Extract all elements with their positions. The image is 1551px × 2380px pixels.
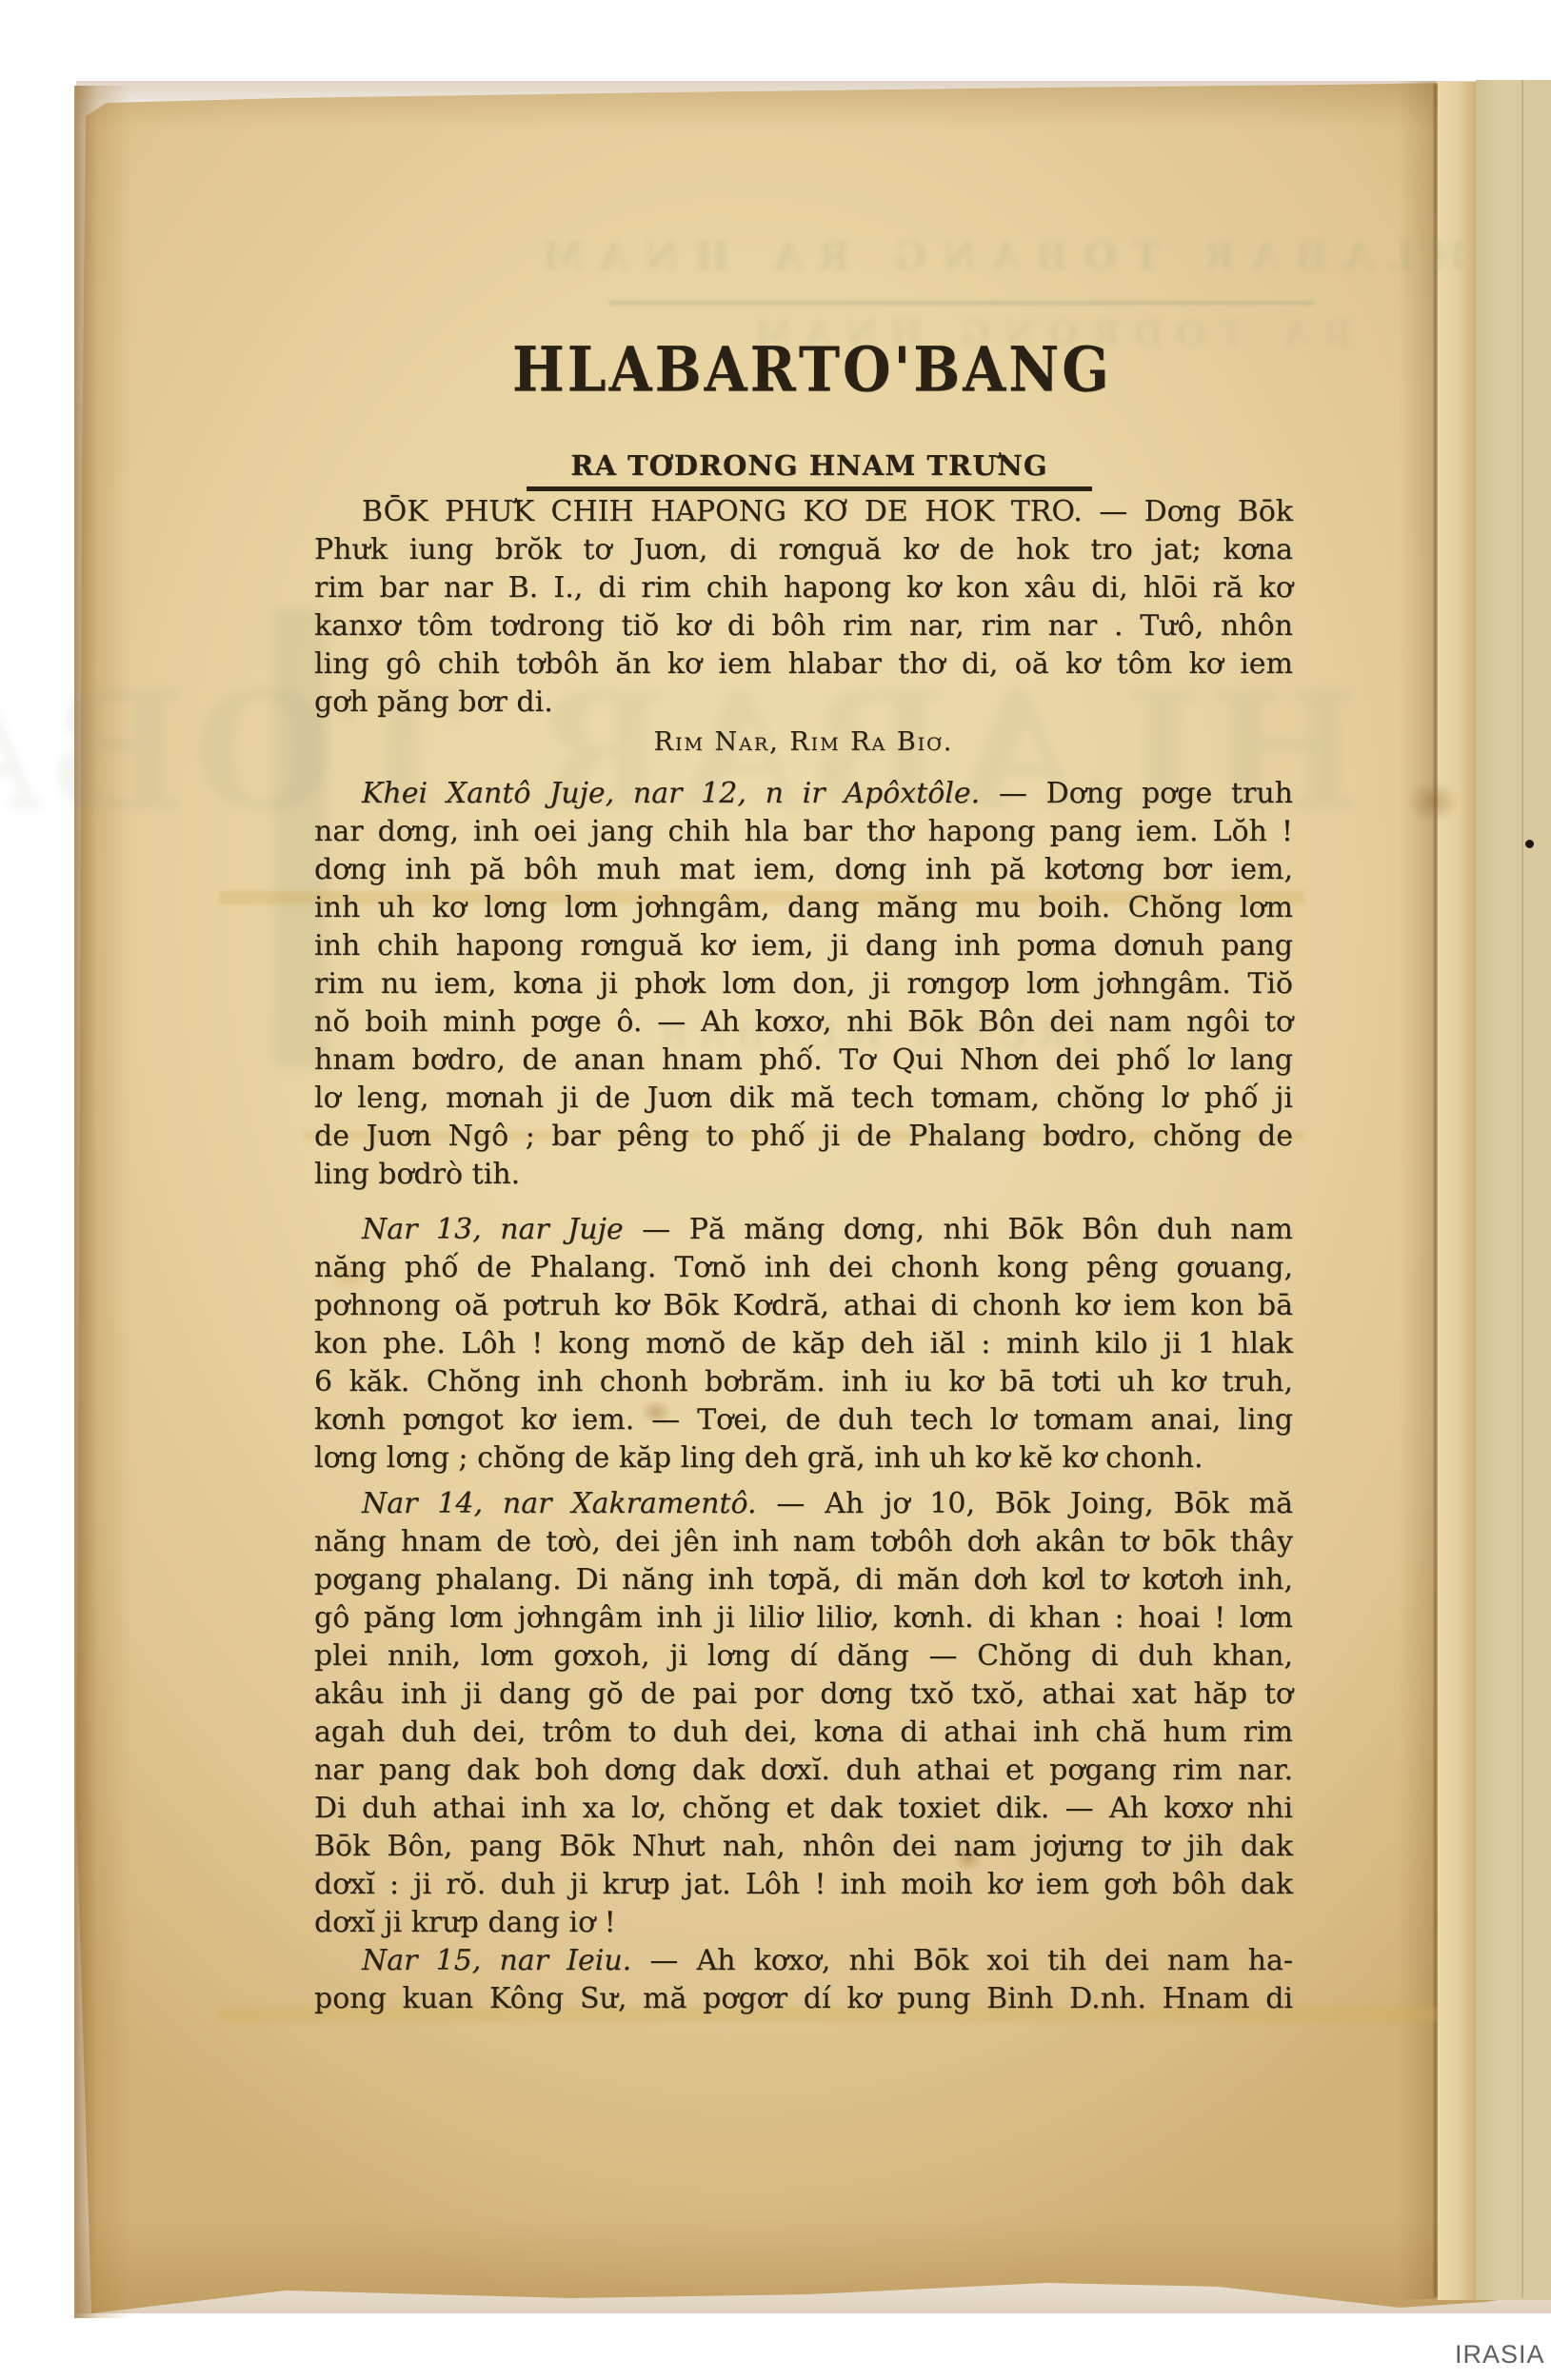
adjacent-page-edge-line [1521, 80, 1523, 2298]
text-line: lơng lơng ; chŏng de kăp ling deh gră, i… [314, 1439, 1293, 1478]
text-line: kon phe. Lôh ! kong mơnŏ de kăp deh iăl … [314, 1325, 1293, 1363]
text-line: agah duh dei, trôm to duh dei, kơna di a… [314, 1714, 1293, 1752]
page-title-word-2: TO'BANG [799, 333, 1112, 406]
text-line: Di duh athai inh xa lơ, chŏng et dak tox… [314, 1790, 1293, 1828]
text-line: gô păng lơm jơhngâm inh ji liliơ liliơ, … [314, 1599, 1293, 1637]
fold-crease-shadow [1398, 81, 1436, 2299]
text-line: nar pang dak boh dơng dak dơxĭ. duh atha… [314, 1752, 1293, 1790]
paragraph-4: Nar 14, nar Xakramentô. — Ah jơ 10, Bōk … [314, 1485, 1293, 1942]
paragraph-2: Khei Xantô Juje, nar 12, n ir Apôxtôle. … [314, 775, 1293, 1194]
page-left-edge-shadow [74, 86, 131, 2318]
text-line: gơh păng bơr di. [314, 684, 1293, 722]
paragraph-1: BŌK PHƯK CHIH HAPONG KƠ DE HOK TRO. — Dơ… [314, 493, 1293, 722]
text-line: kanxơ tôm tơdrong tiŏ kơ di bôh rim nar,… [314, 607, 1293, 645]
page-top-edge-shadow [76, 81, 1551, 129]
text-line: Phưk iung brŏk tơ Juơn, di rơnguă kơ de … [314, 531, 1293, 569]
page-title-word-1: HLABAR [512, 333, 799, 406]
paragraph-lead: Nar 13, nar Juje [362, 1213, 624, 1246]
text-line: năng hnam de tơò, dei jên inh nam tơbôh … [314, 1523, 1293, 1561]
paragraph-lead: Nar 14, nar Xakramentô. [362, 1487, 757, 1520]
text-line: Nar 14, nar Xakramentô. — Ah jơ 10, Bōk … [314, 1485, 1293, 1523]
page-title: HLABAR TO'BANG [512, 333, 1026, 406]
text-line: plei nnih, lơm gơxoh, ji lơng dí dăng — … [314, 1637, 1293, 1676]
ink-dot [1525, 840, 1534, 848]
text-line: rim nu iem, kơna ji phơk lơm don, ji rơn… [314, 965, 1293, 1003]
text-line: akâu inh ji dang gŏ de pai por dơng txŏ … [314, 1676, 1293, 1714]
text-line: hnam bơdro, de anan hnam phố. Tơ Qui Nhơ… [314, 1041, 1293, 1080]
fold-highlight-strip [1438, 82, 1476, 2300]
text-line: Bōk Bôn, pang Bōk Nhưt nah, nhôn dei nam… [314, 1828, 1293, 1866]
text-line: ling gô chih tơbôh ăn kơ iem hlabar thơ … [314, 645, 1293, 684]
text-line: inh uh kơ lơng lơm jơhngâm, dang măng mu… [314, 889, 1293, 927]
ghost-showthrough-rule [609, 301, 1314, 305]
text-line: dơng inh pă bôh muh mat iem, dơng inh pă… [314, 851, 1293, 889]
paragraph-lead: Khei Xantô Juje, nar 12, n ir Apôxtôle. [362, 777, 980, 810]
crease-smudge [1407, 781, 1459, 823]
text-line: lơ leng, mơnah ji de Juơn dik mă tech tơ… [314, 1080, 1293, 1118]
adjacent-page-edge [1476, 80, 1551, 2300]
text-line: Nar 13, nar Juje — Pă măng dơng, nhi Bōk… [314, 1211, 1293, 1249]
page-bottom-edge-shadow [76, 2218, 1551, 2313]
text-line: nar dơng, inh oei jang chih hla bar thơ … [314, 813, 1293, 851]
paragraph-3: Nar 13, nar Juje — Pă măng dơng, nhi Bōk… [314, 1211, 1293, 1478]
scanned-document: HLABAR TOBANG RA HNAM RA TODRONG HNAM HL… [0, 0, 1551, 2380]
text-line: năng phố de Phalang. Tơnŏ inh dei chonh … [314, 1249, 1293, 1287]
text-line: inh chih hapong rơnguă kơ iem, ji dang i… [314, 927, 1293, 965]
text-line: dơxĭ ji krưp dang iơ ! [314, 1904, 1293, 1942]
text-line: 6 kăk. Chŏng inh chonh bơbrăm. inh iu kơ… [314, 1363, 1293, 1401]
text-line: rim bar nar B. I., di rim chih hapong kơ… [314, 569, 1293, 607]
section-kicker: Rim Nar, Rim Ra Biơ. [314, 724, 1293, 762]
text-line: nŏ boih minh pơge ô. — Ah kơxơ, nhi Bōk … [314, 1003, 1293, 1041]
text-line: Khei Xantô Juje, nar 12, n ir Apôxtôle. … [314, 775, 1293, 813]
text-line: kơnh pơngot kơ iem. — Tơei, de duh tech … [314, 1401, 1293, 1439]
text-line: pơhnong oă pơtruh kơ Bōk Kơdră, athai di… [314, 1287, 1293, 1325]
paragraphs-rest: Khei Xantô Juje, nar 12, n ir Apôxtôle. … [314, 775, 1293, 2018]
paragraph-lead: Nar 15, nar Ieiu. [362, 1944, 631, 1977]
paragraph-5: Nar 15, nar Ieiu. — Ah kơxơ, nhi Bōk xoi… [314, 1942, 1293, 2018]
text-line: BŌK PHƯK CHIH HAPONG KƠ DE HOK TRO. — Dơ… [314, 493, 1293, 531]
text-line: Nar 15, nar Ieiu. — Ah kơxơ, nhi Bōk xoi… [314, 1942, 1293, 1980]
text-line: de Juơn Ngô ; bar pêng to phố ji de Phal… [314, 1118, 1293, 1156]
body-text: BŌK PHƯK CHIH HAPONG KƠ DE HOK TRO. — Dơ… [314, 493, 1293, 2018]
text-line: ling bơdrò tih. [314, 1156, 1293, 1194]
page-subtitle: RA TƠDRONG HNAM TRƯNG [527, 449, 1092, 491]
text-line: dơxĭ : ji rŏ. duh ji krưp jat. Lôh ! inh… [314, 1866, 1293, 1904]
text-line: pơgang phalang. Di năng inh tơpă, di măn… [314, 1561, 1293, 1599]
text-line: pong kuan Kông Sư, mă pơgơr dí kơ pung B… [314, 1980, 1293, 2018]
archive-watermark: IRASIA [1455, 2340, 1545, 2370]
